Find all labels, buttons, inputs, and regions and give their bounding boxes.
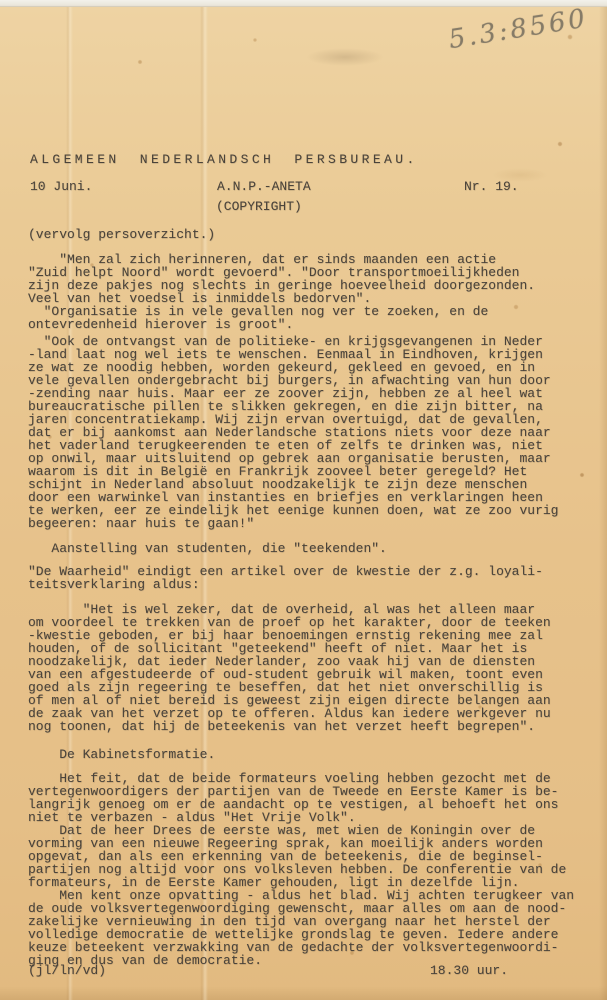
paper: 5.3:8560 ALGEMEEN NEDERLANDSCH PERSBUREA… [0,7,607,1000]
issue-date: 10 Juni. [30,179,92,194]
scan-edge [0,0,607,7]
heading-aanstelling-studenten: Aanstelling van studenten, die "teekende… [28,542,594,555]
agency-title: ALGEMEEN NEDERLANDSCH PERSBUREAU. [30,152,418,167]
heading-kabinetsformatie: De Kabinetsformatie. [28,748,594,761]
time-stamp: 18.30 uur. [430,963,508,978]
paragraph-opvatting-blad: Men kent onze opvatting - aldus het blad… [28,889,594,967]
issue-number: Nr. 19. [464,179,519,194]
paragraph-formateurs: Het feit, dat de beide formateurs voelin… [28,772,594,824]
paragraph-de-waarheid: "De Waarheid" eindigt een artikel over d… [28,565,594,591]
document-body: (vervolg persoverzicht.) "Men zal zich h… [28,228,594,967]
handwritten-archive-number: 5.3:8560 [447,0,607,55]
copyright-notice: (COPYRIGHT) [216,199,302,214]
paragraph-ontvangst-gevangenen: "Ook de ontvangst van de politieke- en k… [28,335,594,530]
document-scan: 5.3:8560 ALGEMEEN NEDERLANDSCH PERSBUREA… [0,0,607,1000]
agency-name: A.N.P.-ANETA [217,179,311,194]
continuation-note: (vervolg persoverzicht.) [28,228,594,241]
document-footer: (jl/ln/vd) 18.30 uur. [28,963,594,979]
paragraph-zuid-helpt-noord: "Men zal zich herinneren, dat er sinds m… [28,253,594,305]
paragraph-drees-koningin: Dat de heer Drees de eerste was, met wie… [28,824,594,889]
paragraph-organisatie: "Organisatie is in vele gevallen nog ver… [28,305,594,331]
header-meta-row: 10 Juni. A.N.P.-ANETA Nr. 19. [0,179,607,195]
typist-initials: (jl/ln/vd) [28,963,106,978]
paragraph-teekenkwestie: "Het is wel zeker, dat de overheid, al w… [28,603,594,733]
